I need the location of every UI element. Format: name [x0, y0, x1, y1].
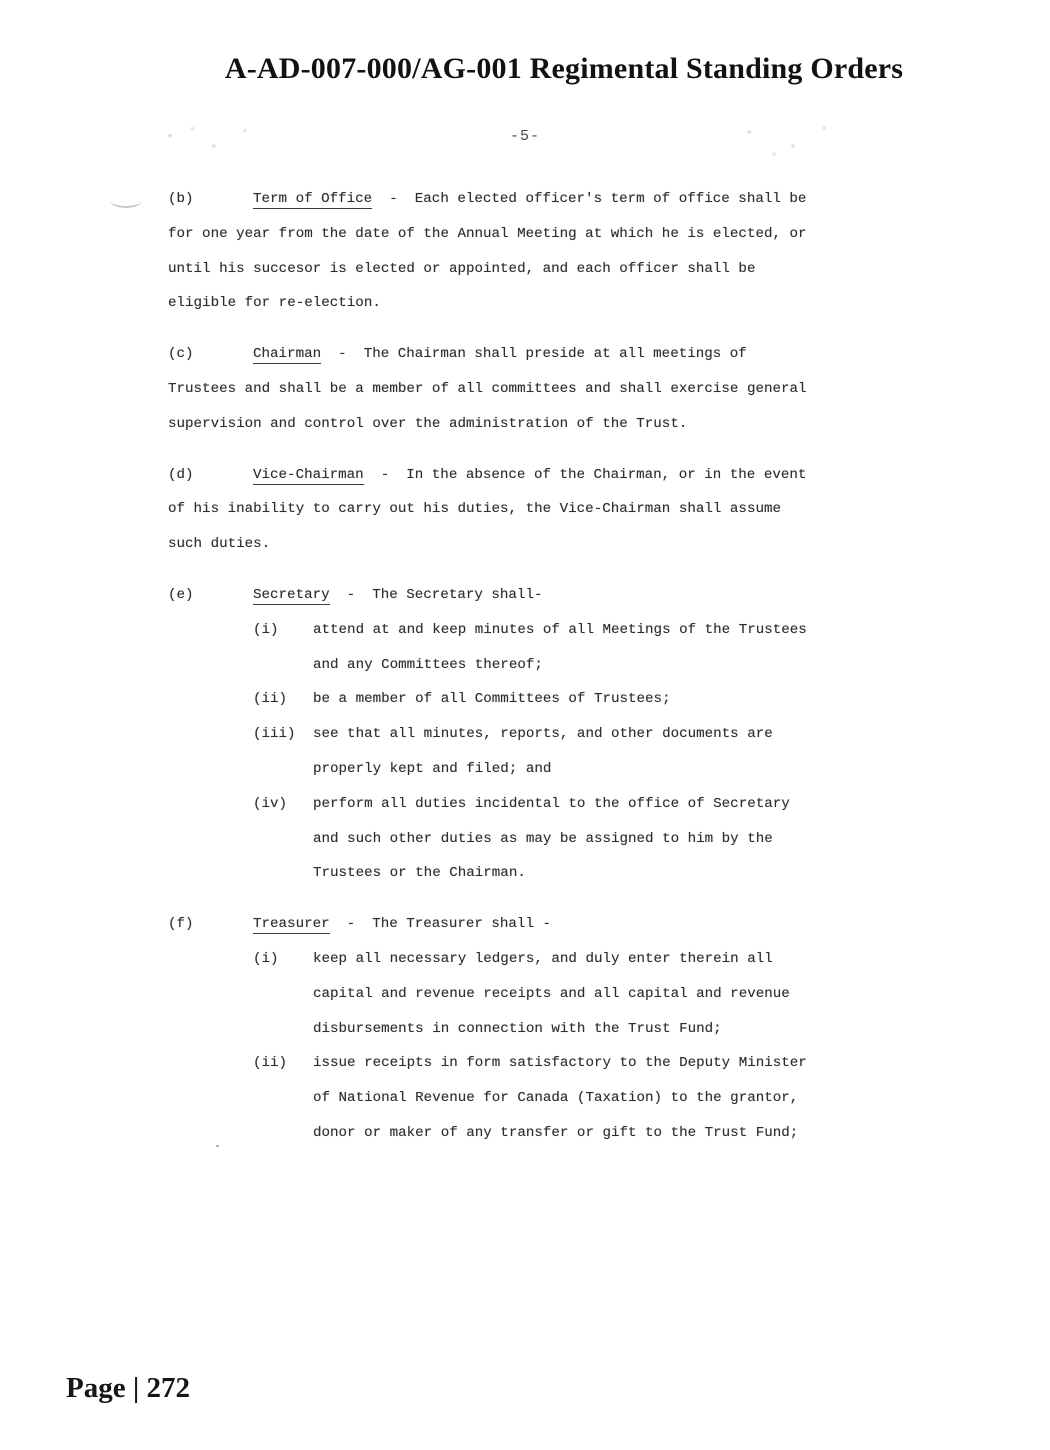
subitem: (iv)perform all duties incidental to the… [253, 787, 848, 891]
paragraph-lead: - The Treasurer shall - [330, 916, 551, 932]
subitem-line: and such other duties as may be assigned… [313, 822, 848, 857]
subitem: (i)attend at and keep minutes of all Mee… [253, 613, 848, 683]
subitem: (ii)be a member of all Committees of Tru… [253, 682, 848, 717]
paragraph-heading: Treasurer [253, 916, 330, 934]
subitem-line: attend at and keep minutes of all Meetin… [313, 613, 848, 648]
subitem-lines: issue receipts in form satisfactory to t… [313, 1046, 848, 1150]
subitem-label: (i) [253, 613, 313, 683]
paragraph-lead: - The Chairman shall preside at all meet… [321, 346, 747, 362]
subitem-lines: see that all minutes, reports, and other… [313, 717, 848, 787]
paragraph: (f)Treasurer - The Treasurer shall -(i)k… [168, 907, 848, 1151]
paragraph-heading: Vice-Chairman [253, 467, 364, 485]
subitem-line: disbursements in connection with the Tru… [313, 1012, 848, 1047]
text-line: Trustees and shall be a member of all co… [168, 372, 848, 407]
subitem-line: keep all necessary ledgers, and duly ent… [313, 942, 848, 977]
text-line: supervision and control over the adminis… [168, 407, 848, 442]
subitem-line: and any Committees thereof; [313, 648, 848, 683]
paragraph: (e)Secretary - The Secretary shall-(i)at… [168, 578, 848, 891]
paragraph-first-line: (c)Chairman - The Chairman shall preside… [168, 337, 848, 372]
paragraph-first-line: (b)Term of Office - Each elected officer… [168, 182, 848, 217]
document-body: (b)Term of Office - Each elected officer… [168, 182, 848, 1151]
subitem-lines: attend at and keep minutes of all Meetin… [313, 613, 848, 683]
subitem-line: donor or maker of any transfer or gift t… [313, 1116, 848, 1151]
subitem: (i)keep all necessary ledgers, and duly … [253, 942, 848, 1046]
paragraph-lead: - In the absence of the Chairman, or in … [364, 467, 807, 483]
paragraph: (c)Chairman - The Chairman shall preside… [168, 337, 848, 441]
subitem-line: see that all minutes, reports, and other… [313, 717, 848, 752]
paragraph-lead: - Each elected officer's term of office … [372, 191, 806, 207]
document-title: A-AD-007-000/AG-001 Regimental Standing … [0, 52, 1050, 86]
paragraph-label: (b) [168, 182, 253, 217]
paragraph-heading: Term of Office [253, 191, 372, 209]
paragraph-heading: Secretary [253, 587, 330, 605]
paragraph-lead: - The Secretary shall- [330, 587, 543, 603]
document-page: A-AD-007-000/AG-001 Regimental Standing … [0, 0, 1050, 1450]
subitem-label: (iv) [253, 787, 313, 891]
subitem: (ii)issue receipts in form satisfactory … [253, 1046, 848, 1150]
subitem-line: properly kept and filed; and [313, 752, 848, 787]
paragraph-label: (e) [168, 578, 253, 613]
subitem-line: Trustees or the Chairman. [313, 856, 848, 891]
page-number-marker: -5- [0, 128, 1050, 145]
paragraph-label: (f) [168, 907, 253, 942]
text-line: of his inability to carry out his duties… [168, 492, 848, 527]
subitem-line: issue receipts in form satisfactory to t… [313, 1046, 848, 1081]
paragraph-label: (c) [168, 337, 253, 372]
subitem-label: (i) [253, 942, 313, 1046]
subitem-line: be a member of all Committees of Trustee… [313, 682, 848, 717]
text-line: eligible for re-election. [168, 286, 848, 321]
subitem: (iii)see that all minutes, reports, and … [253, 717, 848, 787]
text-line: for one year from the date of the Annual… [168, 217, 848, 252]
paragraph-label: (d) [168, 458, 253, 493]
subitem-lines: keep all necessary ledgers, and duly ent… [313, 942, 848, 1046]
paragraph-first-line: (e)Secretary - The Secretary shall- [168, 578, 848, 613]
subitem-line: of National Revenue for Canada (Taxation… [313, 1081, 848, 1116]
scan-artifact-pen-mark [110, 193, 142, 208]
subitem-lines: perform all duties incidental to the off… [313, 787, 848, 891]
paragraph-first-line: (d)Vice-Chairman - In the absence of the… [168, 458, 848, 493]
subitem-label: (ii) [253, 682, 313, 717]
paragraph: (b)Term of Office - Each elected officer… [168, 182, 848, 321]
subitem-label: (iii) [253, 717, 313, 787]
subitem-line: perform all duties incidental to the off… [313, 787, 848, 822]
paragraph-heading: Chairman [253, 346, 321, 364]
page-footer-label: Page | 272 [66, 1372, 190, 1405]
text-line: such duties. [168, 527, 848, 562]
paragraph-first-line: (f)Treasurer - The Treasurer shall - [168, 907, 848, 942]
subitem-line: capital and revenue receipts and all cap… [313, 977, 848, 1012]
subitem-label: (ii) [253, 1046, 313, 1150]
subitem-lines: be a member of all Committees of Trustee… [313, 682, 848, 717]
paragraph: (d)Vice-Chairman - In the absence of the… [168, 458, 848, 562]
text-line: until his succesor is elected or appoint… [168, 252, 848, 287]
